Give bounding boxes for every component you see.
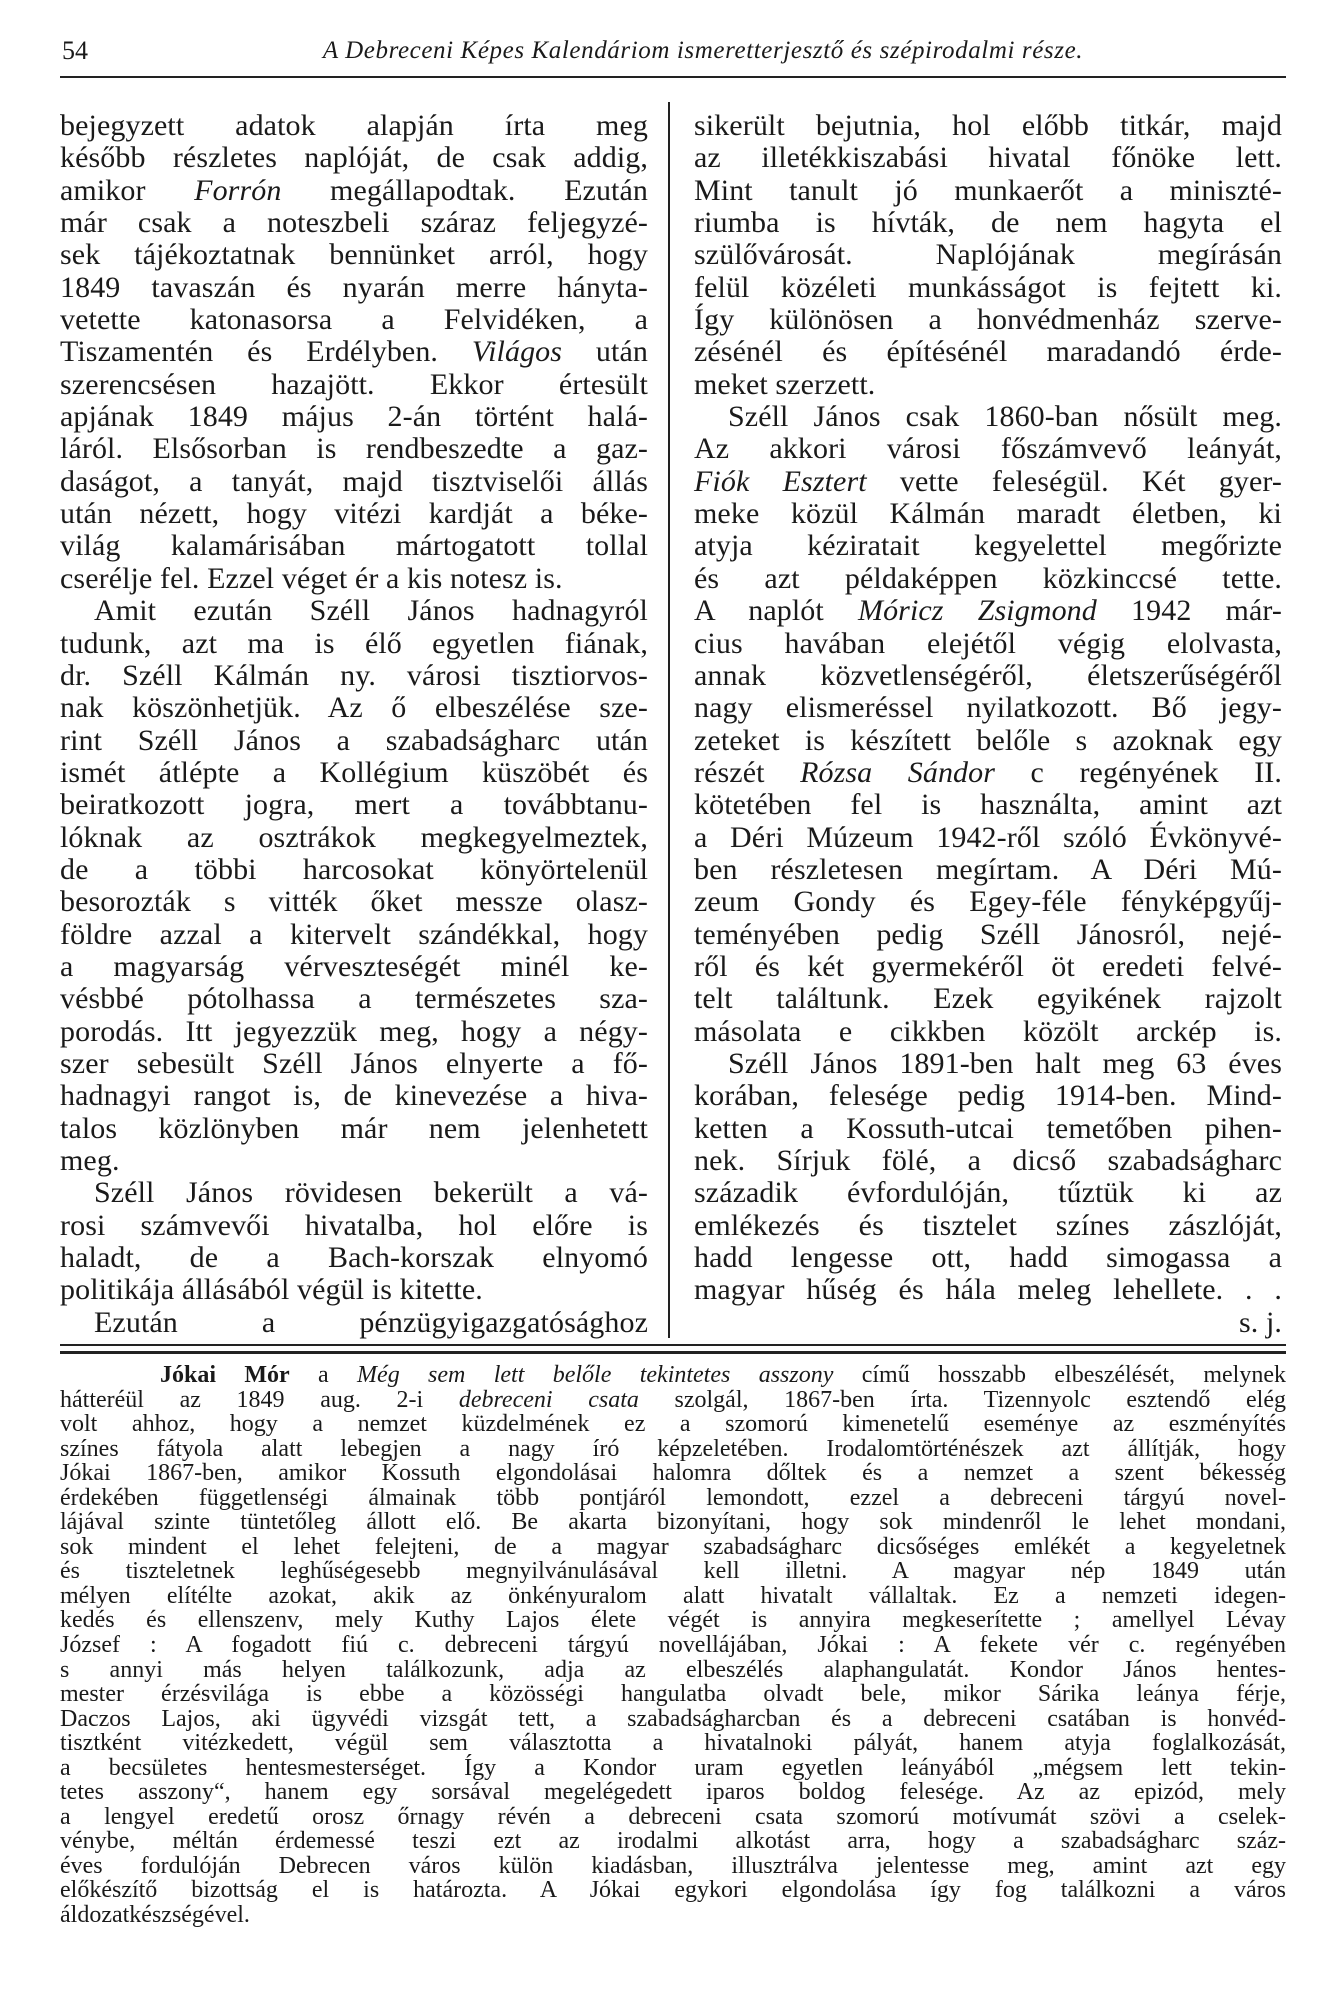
footnote-line: kedés és ellenszenv, mely Kuthy Lajos él… <box>60 1608 1286 1633</box>
text-line: korában, felesége pedig 1914-ben. Mind- <box>694 1080 1282 1112</box>
text-line: földre azzal a kitervelt szándékkal, hog… <box>60 919 648 951</box>
right-column: sikerült bejutnia, hol előbb titkár, maj… <box>694 110 1282 1339</box>
text-line: vésbbé pótolhassa a természetes sza- <box>60 983 648 1015</box>
text-line: felül közéleti munkásságot is fejtett ki… <box>694 272 1282 304</box>
footnote-line: tisztként vitézkedett, végül sem választ… <box>60 1731 1286 1756</box>
separator-rule-top <box>60 1344 1286 1346</box>
text-line: zésénél és építésénél maradandó érde- <box>694 336 1282 368</box>
text-line: meket szerzett. <box>694 369 1282 401</box>
text-line: a magyarság vérveszteségét minél ke- <box>60 951 648 983</box>
text-line: atyja kéziratait kegyelettel megőrizte <box>694 530 1282 562</box>
text-line: Fiók Esztert vette feleségül. Két gyer- <box>694 466 1282 498</box>
footnote-line: Jókai Mór a Még sem lett belőle tekintet… <box>60 1363 1286 1388</box>
text-line: magyar hűség és hála meleg lehellete. . … <box>694 1274 1282 1306</box>
footnote-line: áldozatkészségével. <box>60 1903 1286 1928</box>
footnote-block: Jókai Mór a Még sem lett belőle tekintet… <box>60 1363 1286 1928</box>
text-line: szülővárosát. Naplójának megírásán <box>694 239 1282 271</box>
text-line: zeum Gondy és Egey-féle fényképgyűj- <box>694 886 1282 918</box>
footnote-line: tetes asszony“, hanem egy sorsával megel… <box>60 1780 1286 1805</box>
text-line: s. j. <box>694 1307 1282 1339</box>
text-line: zeteket is készített belőle s azoknak eg… <box>694 725 1282 757</box>
text-line: nagy elismeréssel nyilatkozott. Bő jegy- <box>694 692 1282 724</box>
text-line: cius havában elejétől végig elolvasta, <box>694 628 1282 660</box>
text-line: szerencsésen hazajött. Ekkor értesült <box>60 369 648 401</box>
footnote-line: s annyi más helyen találkozunk, adja az … <box>60 1658 1286 1683</box>
text-line: Az akkori városi főszámvevő leányát, <box>694 433 1282 465</box>
text-line: Ezután a pénzügyigazgatósághoz <box>60 1307 648 1339</box>
page-header: 54 A Debreceni Képes Kalendáriom ismeret… <box>60 36 1286 66</box>
text-line: emlékezés és tisztelet színes zászlóját, <box>694 1210 1282 1242</box>
text-line: Széll János rövidesen bekerült a vá- <box>60 1177 648 1209</box>
text-line: meke közül Kálmán maradt életben, ki <box>694 498 1282 530</box>
text-line: sek tájékoztatnak bennünket arról, hogy <box>60 239 648 271</box>
footnote-line: mélyen elítélte azokat, akik az önkényur… <box>60 1584 1286 1609</box>
text-line: világ kalamárisában mártogatott tollal <box>60 530 648 562</box>
text-line: hadnagyi rangot is, de kinevezése a hiva… <box>60 1080 648 1112</box>
footnote-line: hátteréül az 1849 aug. 2-i debreceni csa… <box>60 1388 1286 1413</box>
text-line: bejegyzett adatok alapján írta meg <box>60 110 648 142</box>
text-line: Széll János csak 1860-ban nősült meg. <box>694 401 1282 433</box>
footnote-line: és tiszteletnek leghűségesebb megnyilván… <box>60 1559 1286 1584</box>
footnote-line: József : A fogadott fiú c. debreceni tár… <box>60 1633 1286 1658</box>
text-line: és azt példaképpen közkinccsé tette. <box>694 563 1282 595</box>
text-line: apjának 1849 május 2-án történt halá- <box>60 401 648 433</box>
text-line: lóknak az osztrákok megkegyelmeztek, <box>60 822 648 854</box>
text-line: beiratkozott jogra, mert a továbbtanu- <box>60 789 648 821</box>
text-line: rint Széll János a szabadságharc után <box>60 725 648 757</box>
text-line: nek. Sírjuk fölé, a dicső szabadságharc <box>694 1145 1282 1177</box>
text-line: részét Rózsa Sándor c regényének II. <box>694 757 1282 789</box>
text-line: Mint tanult jó munkaerőt a miniszté- <box>694 175 1282 207</box>
text-line: később részletes naplóját, de csak addig… <box>60 142 648 174</box>
text-line: haladt, de a Bach-korszak elnyomó <box>60 1242 648 1274</box>
text-line: Így különösen a honvédmenház szerve- <box>694 304 1282 336</box>
text-line: daságot, a tanyát, majd tisztviselői áll… <box>60 466 648 498</box>
text-line: cserélje fel. Ezzel véget ér a kis notes… <box>60 563 648 595</box>
text-line: vetette katonasorsa a Felvidéken, a <box>60 304 648 336</box>
footnote-line: mester érzésvilága is ebbe a közösségi h… <box>60 1682 1286 1707</box>
text-line: A naplót Móricz Zsigmond 1942 már- <box>694 595 1282 627</box>
text-line: meg. <box>60 1145 648 1177</box>
text-line: sikerült bejutnia, hol előbb titkár, maj… <box>694 110 1282 142</box>
text-line: ketten a Kossuth-utcai temetőben pihen- <box>694 1113 1282 1145</box>
text-line: telt találtunk. Ezek egyikének rajzolt <box>694 983 1282 1015</box>
text-line: a Déri Múzeum 1942-ről szóló Évkönyvé- <box>694 822 1282 854</box>
text-line: rosi számvevői hivatalba, hol előre is <box>60 1210 648 1242</box>
text-line: 1849 tavaszán és nyarán merre hányta- <box>60 272 648 304</box>
footnote-line: éves fordulóján Debrecen város külön kia… <box>60 1854 1286 1879</box>
text-line: ismét átlépte a Kollégium küszöbét és <box>60 757 648 789</box>
footnote-line: volt ahhoz, hogy a nemzet küzdelmének ez… <box>60 1412 1286 1437</box>
text-line: teményében pedig Széll Jánosról, nejé- <box>694 919 1282 951</box>
text-line: annak közvetlenségéről, életszerűségéről <box>694 660 1282 692</box>
separator-rule-bottom <box>60 1351 1286 1354</box>
text-line: másolata e cikkben közölt arckép is. <box>694 1016 1282 1048</box>
text-line: után nézett, hogy vitézi kardját a béke- <box>60 498 648 530</box>
running-title: A Debreceni Képes Kalendáriom ismeretter… <box>60 36 1286 66</box>
footnote-line: vénybe, méltán érdemessé teszi ezt az ir… <box>60 1829 1286 1854</box>
left-column: bejegyzett adatok alapján írta megkésőbb… <box>60 110 648 1339</box>
header-rule <box>60 76 1286 78</box>
text-line: de a többi harcosokat könyörtelenül <box>60 854 648 886</box>
text-line: századik évfordulóján, tűztük ki az <box>694 1177 1282 1209</box>
column-divider <box>668 102 670 1338</box>
footnote-line: Daczos Lajos, aki ügyvédi vizsgát tett, … <box>60 1707 1286 1732</box>
text-line: nak köszönhetjük. Az ő elbeszélése sze- <box>60 692 648 724</box>
footnote-line: érdekében függetlenségi álmainak több po… <box>60 1486 1286 1511</box>
text-line: riumba is hívták, de nem hagyta el <box>694 207 1282 239</box>
text-line: Széll János 1891-ben halt meg 63 éves <box>694 1048 1282 1080</box>
footnote-line: a becsületes hentesmesterséget. Így a Ko… <box>60 1756 1286 1781</box>
text-line: amikor Forrón megállapodtak. Ezután <box>60 175 648 207</box>
text-line: már csak a noteszbeli száraz feljegyzé- <box>60 207 648 239</box>
text-line: talos közlönyben már nem jelenhetett <box>60 1113 648 1145</box>
text-line: tudunk, azt ma is élő egyetlen fiának, <box>60 628 648 660</box>
text-line: besorozták s vitték őket messze olasz- <box>60 886 648 918</box>
footnote-line: sok mindent el lehet felejteni, de a mag… <box>60 1535 1286 1560</box>
footnote-line: Jókai 1867-ben, amikor Kossuth elgondolá… <box>60 1461 1286 1486</box>
text-line: szer sebesült Széll János elnyerte a fő- <box>60 1048 648 1080</box>
text-line: Amit ezután Széll János hadnagyról <box>60 595 648 627</box>
text-line: Tiszamentén és Erdélyben. Világos után <box>60 336 648 368</box>
text-line: ben részletesen megírtam. A Déri Mú- <box>694 854 1282 886</box>
text-line: politikája állásából végül is kitette. <box>60 1274 648 1306</box>
footnote-line: színes fátyola alatt lebegjen a nagy író… <box>60 1437 1286 1462</box>
text-line: ről és két gyermekéről öt eredeti felvé- <box>694 951 1282 983</box>
text-line: hadd lengesse ott, hadd simogassa a <box>694 1242 1282 1274</box>
footnote-line: előkészítő bizottság el is határozta. A … <box>60 1878 1286 1903</box>
text-line: láról. Elsősorban is rendbeszedte a gaz- <box>60 433 648 465</box>
text-line: dr. Széll Kálmán ny. városi tisztiorvos- <box>60 660 648 692</box>
footnote-line: lájával szinte tüntetőleg állott elő. Be… <box>60 1510 1286 1535</box>
text-line: az illetékkiszabási hivatal főnöke lett. <box>694 142 1282 174</box>
text-line: kötetében fel is használta, amint azt <box>694 789 1282 821</box>
footnote-line: a lengyel eredetű orosz őrnagy révén a d… <box>60 1805 1286 1830</box>
text-line: porodás. Itt jegyezzük meg, hogy a négy- <box>60 1016 648 1048</box>
